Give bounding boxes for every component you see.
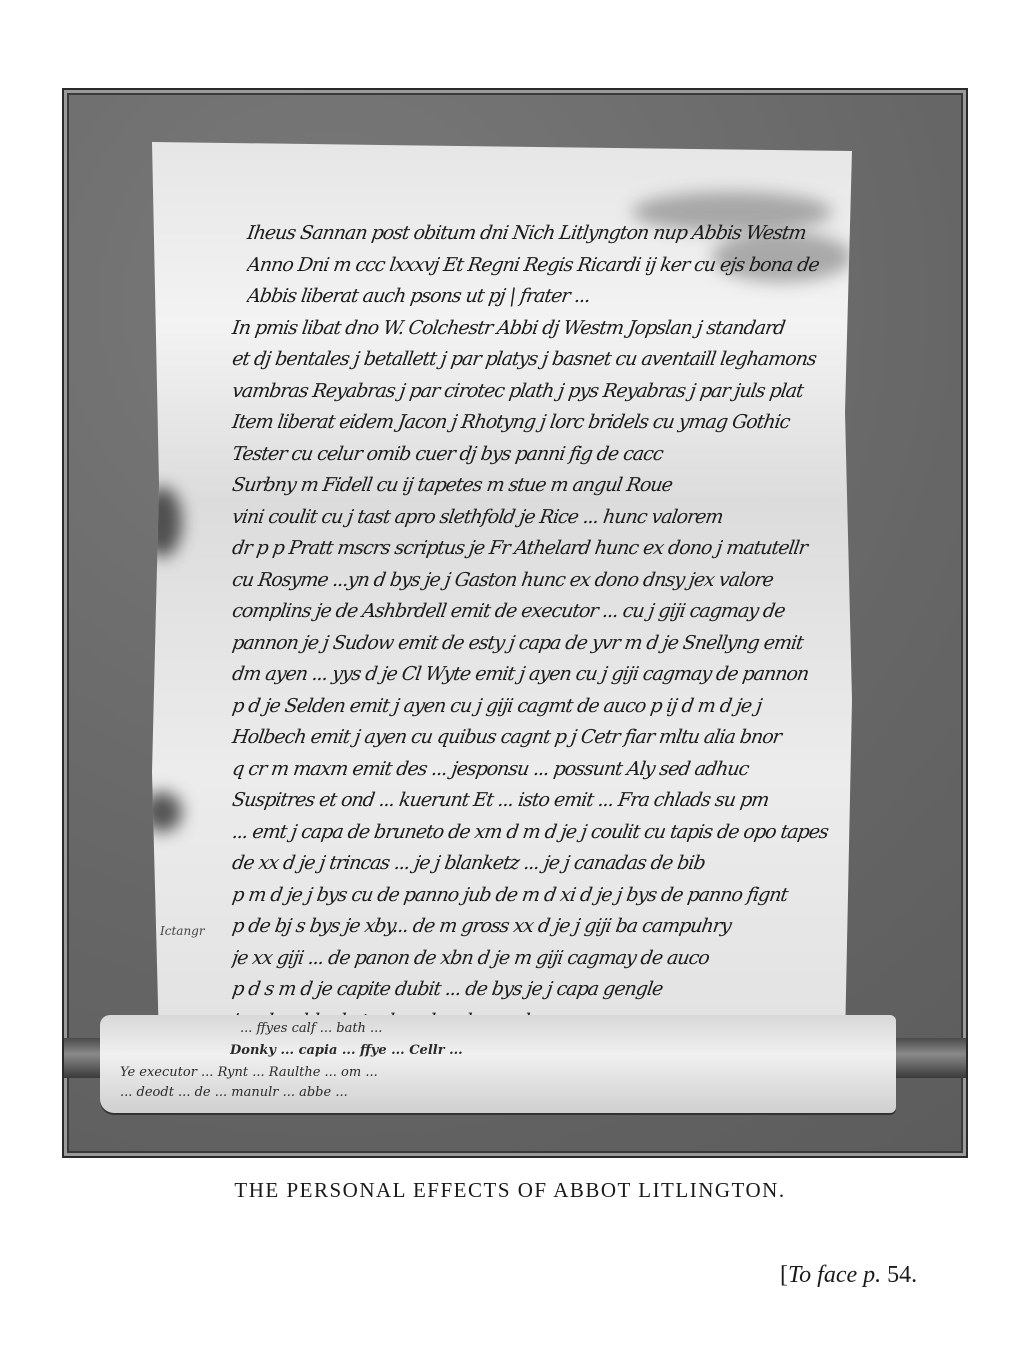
manuscript-line: q cr m maxm emit des ... jesponsu ... po… [230, 758, 844, 784]
page-number: 54. [887, 1262, 917, 1288]
facing-page-note: [To face p. 54. [780, 1262, 917, 1289]
plate-caption: THE PERSONAL EFFECTS OF ABBOT LITLINGTON… [0, 1178, 1020, 1203]
manuscript-line: In pmis libat dno W. Colchestr Abbi dj W… [230, 317, 844, 343]
stain [142, 487, 182, 557]
manuscript-line: p de bj s bys je xby... de m gross xx d … [230, 915, 844, 941]
scroll-line: Donky ... capia ... ffye ... Cellr ... [230, 1043, 876, 1058]
manuscript-line: p d s m d je capite dubit ... de bys je … [230, 978, 844, 1004]
scroll-rod-right [896, 1038, 966, 1078]
manuscript-line: je xx giji ... de panon de xbn d je m gi… [230, 947, 844, 973]
manuscript-line: Anno Dni m ccc lxxxvj Et Regni Regis Ric… [245, 254, 844, 280]
manuscript-line: Holbech emit j ayen cu quibus cagnt p j … [230, 726, 844, 752]
stain [142, 792, 182, 832]
manuscript-line: Abbis liberat auch psons ut pj | frater … [245, 285, 844, 311]
manuscript-line: Item liberat eidem Jacon j Rhotyng j lor… [230, 411, 844, 437]
scroll-line: ... ffyes calf ... bath ... [240, 1021, 876, 1036]
manuscript-line: vambras Reyabras j par cirotec plath j p… [230, 380, 844, 406]
manuscript-line: pannon je j Sudow emit de esty j capa de… [230, 632, 844, 658]
manuscript-line: Suspitres et ond ... kuerunt Et ... isto… [230, 789, 844, 815]
manuscript-line: dr p p Pratt mscrs scriptus je Fr Athela… [230, 537, 844, 563]
manuscript-line: Iheus Sannan post obitum dni Nich Litlyn… [245, 222, 844, 248]
manuscript-line: et dj bentales j betallett j par platys … [230, 348, 844, 374]
manuscript-line: de xx d je j trincas ... je j blanketz .… [230, 852, 844, 878]
bracket: [ [780, 1262, 788, 1288]
manuscript-line: Surbny m Fidell cu ij tapetes m stue m a… [230, 474, 844, 500]
manuscript-line: cu Rosyme ...yn d bys je j Gaston hunc e… [230, 569, 844, 595]
manuscript-line: vini coulit cu j tast apro slethfold je … [230, 506, 844, 532]
manuscript-line: p d je Selden emit j ayen cu j giji cagm… [230, 695, 844, 721]
facing-text: To face p. [788, 1262, 881, 1288]
scroll-line: Ye executor ... Rynt ... Raulthe ... om … [120, 1065, 876, 1080]
margin-note: Ictangr [160, 924, 205, 938]
manuscript-line: Tester cu celur omib cuer dj bys panni f… [230, 443, 844, 469]
scroll-rod-left [64, 1038, 100, 1078]
manuscript-plate: Iheus Sannan post obitum dni Nich Litlyn… [62, 88, 968, 1158]
manuscript-line: dm ayen ... yys d je Cl Wyte emit j ayen… [230, 663, 844, 689]
rolled-scroll: ... ffyes calf ... bath ... Donky ... ca… [100, 1015, 896, 1113]
manuscript-line: complins je de Ashbrdell emit de executo… [230, 600, 844, 626]
parchment-sheet: Iheus Sannan post obitum dni Nich Litlyn… [152, 142, 852, 1042]
manuscript-line: ... emt j capa de bruneto de xm d m d je… [230, 821, 844, 847]
scroll-line: ... deodt ... de ... manulr ... abbe ... [120, 1085, 876, 1100]
manuscript-line: p m d je j bys cu de panno jub de m d xi… [230, 884, 844, 910]
